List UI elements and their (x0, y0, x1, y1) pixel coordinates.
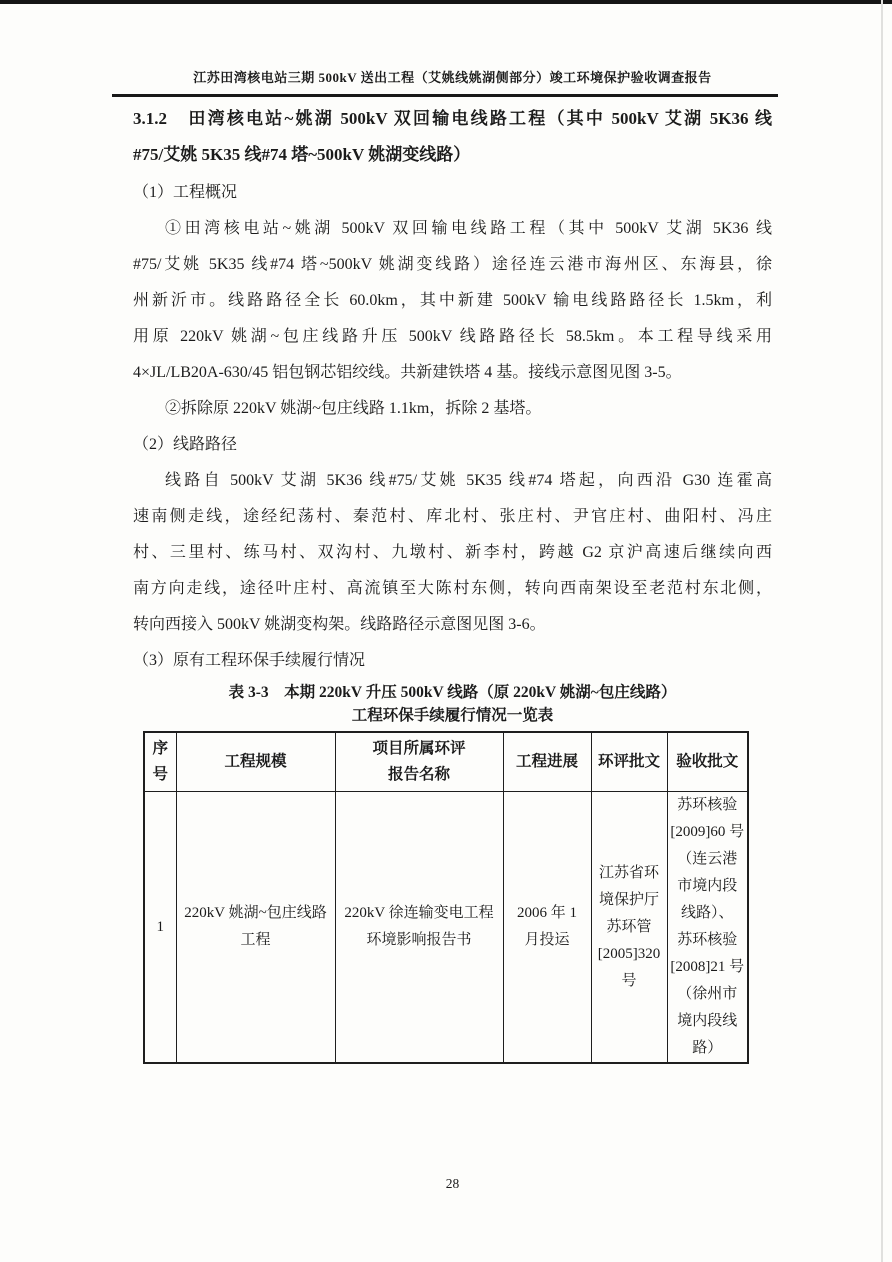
table-caption: 表 3-3 本期 220kV 升压 500kV 线路（原 220kV 姚湖~包庄… (133, 681, 772, 727)
table-caption-line-1: 表 3-3 本期 220kV 升压 500kV 线路（原 220kV 姚湖~包庄… (133, 681, 772, 704)
page-number: 28 (133, 1176, 772, 1192)
document-page: 江苏田湾核电站三期 500kV 送出工程（艾姚线姚湖侧部分）竣工环境保护验收调查… (0, 0, 892, 1192)
cell-progress: 2006 年 1 月投运 (503, 792, 591, 1064)
text-line: 村、三里村、练马村、双沟村、九墩村、新李村，跨越 G2 京沪高速后继续向西 (133, 535, 772, 571)
scan-right-edge (881, 0, 883, 1262)
text-line: ①田湾核电站~姚湖 500kV 双回输电线路工程（其中 500kV 艾湖 5K3… (133, 211, 772, 247)
text-line: （1）工程概况 (133, 175, 772, 211)
section-heading-line-2: #75/艾姚 5K35 线#74 塔~500kV 姚湖变线路） (133, 137, 772, 173)
running-header: 江苏田湾核电站三期 500kV 送出工程（艾姚线姚湖侧部分）竣工环境保护验收调查… (133, 70, 772, 86)
table-header-row: 序号 工程规模 项目所属环评 报告名称 工程进展 环评批文 验收批文 (144, 732, 748, 792)
text-line: 州新沂市。线路路径全长 60.0km，其中新建 500kV 输电线路路径长 1.… (133, 283, 772, 319)
cell-report: 220kV 徐连输变电工程 环境影响报告书 (335, 792, 503, 1064)
cell-seq: 1 (144, 792, 176, 1064)
text-line: 用原 220kV 姚湖~包庄线路升压 500kV 线路路径长 58.5km。本工… (133, 319, 772, 355)
table-caption-line-2: 工程环保手续履行情况一览表 (133, 704, 772, 727)
text-line: 转向西接入 500kV 姚湖变构架。线路路径示意图见图 3-6。 (133, 607, 772, 643)
col-header-acceptance-approval: 验收批文 (667, 732, 748, 792)
text-line: （3）原有工程环保手续履行情况 (133, 643, 772, 679)
col-header-report: 项目所属环评 报告名称 (335, 732, 503, 792)
epa-procedures-table: 序号 工程规模 项目所属环评 报告名称 工程进展 环评批文 验收批文 1 220… (143, 731, 749, 1065)
col-header-scale: 工程规模 (176, 732, 335, 792)
cell-scale: 220kV 姚湖~包庄线路 工程 (176, 792, 335, 1064)
col-header-seq: 序号 (144, 732, 176, 792)
text-line: 4×JL/LB20A-630/45 铝包钢芯铝绞线。共新建铁塔 4 基。接线示意… (133, 355, 772, 391)
header-rule (112, 94, 778, 97)
text-line: （2）线路路径 (133, 427, 772, 463)
col-header-progress: 工程进展 (503, 732, 591, 792)
section-heading-line-1: 3.1.2 田湾核电站~姚湖 500kV 双回输电线路工程（其中 500kV 艾… (133, 101, 772, 137)
table-row: 1 220kV 姚湖~包庄线路 工程 220kV 徐连输变电工程 环境影响报告书… (144, 792, 748, 1064)
text-line: 线路自 500kV 艾湖 5K36 线#75/艾姚 5K35 线#74 塔起，向… (133, 463, 772, 499)
cell-acceptance-approval: 苏环核验 [2009]60 号 （连云港 市境内段 线路）、 苏环核验 [200… (667, 792, 748, 1064)
text-line: ②拆除原 220kV 姚湖~包庄线路 1.1km，拆除 2 基塔。 (133, 391, 772, 427)
col-header-eia-approval: 环评批文 (591, 732, 667, 792)
scan-top-edge (0, 0, 892, 4)
text-line: 速南侧走线，途经纪荡村、秦范村、库北村、张庄村、尹官庄村、曲阳村、冯庄 (133, 499, 772, 535)
text-line: #75/艾姚 5K35 线#74 塔~500kV 姚湖变线路）途径连云港市海州区… (133, 247, 772, 283)
text-line: 南方向走线，途径叶庄村、高流镇至大陈村东侧，转向西南架设至老范村东北侧， (133, 571, 772, 607)
cell-eia-approval: 江苏省环 境保护厅 苏环管 [2005]320 号 (591, 792, 667, 1064)
paragraph-lines: （1）工程概况①田湾核电站~姚湖 500kV 双回输电线路工程（其中 500kV… (133, 175, 772, 679)
section-heading: 3.1.2 田湾核电站~姚湖 500kV 双回输电线路工程（其中 500kV 艾… (133, 101, 772, 173)
